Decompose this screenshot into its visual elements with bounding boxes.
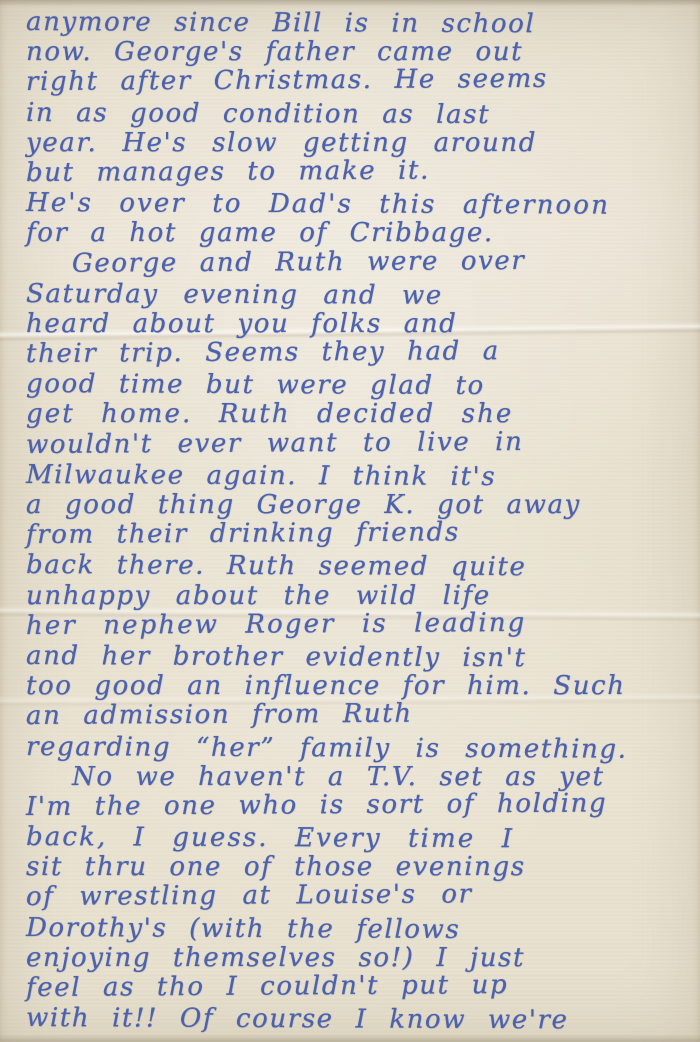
letter-line: unhappy about the wild life <box>26 581 694 611</box>
letter-line: I'm the one who is sort of holding <box>26 788 694 822</box>
letter-line: Saturday evening and we <box>26 279 694 312</box>
letter-line: of wrestling at Louise's or <box>26 878 694 912</box>
letter-line: their trip. Seems they had a <box>26 335 694 369</box>
paper-top-edge-shadow <box>0 0 700 7</box>
letter-line: regarding “her” family is something. <box>26 732 694 765</box>
letter-line: year. He's slow getting around <box>26 128 694 158</box>
letter-line: right after Christmas. He seems <box>26 63 694 97</box>
letter-line: get home. Ruth decided she <box>26 399 694 429</box>
letter-line: good time but were glad to <box>26 369 694 402</box>
letter-body: anymore since Bill is in school now. Geo… <box>26 7 694 1033</box>
letter-line: Milwaukee again. I think it's <box>26 460 694 493</box>
letter-line: for a hot game of Cribbage. <box>26 218 694 248</box>
letter-line: her nephew Roger is leading <box>26 607 694 641</box>
letter-line: back there. Ruth seemed quite <box>26 550 694 583</box>
letter-line: feel as tho I couldn't put up <box>26 969 694 1003</box>
letter-line-paragraph-start: No we haven't a T.V. set as yet <box>26 762 694 792</box>
letter-line: an admission from Ruth <box>26 697 694 731</box>
letter-line: Dorothy's (with the fellows <box>26 913 694 946</box>
letter-line: back, I guess. Every time I <box>26 822 694 855</box>
letter-line: in as good condition as last <box>26 98 694 131</box>
letter-line: enjoying themselves so!) I just <box>26 943 694 973</box>
letter-line: wouldn't ever want to live in <box>26 426 694 460</box>
letter-line: and her brother evidently isn't <box>26 641 694 674</box>
letter-line: He's over to Dad's this afternoon <box>26 188 694 221</box>
letter-line: anymore since Bill is in school <box>26 7 694 40</box>
letter-line: from their drinking friends <box>26 516 694 550</box>
letter-line-paragraph-start: George and Ruth were over <box>26 244 694 278</box>
letter-line: but manages to make it. <box>26 154 694 188</box>
letter-page: anymore since Bill is in school now. Geo… <box>0 0 700 1042</box>
letter-line: with it!! Of course I know we're <box>26 1003 694 1036</box>
paper-bottom-edge-shadow <box>0 1034 700 1042</box>
